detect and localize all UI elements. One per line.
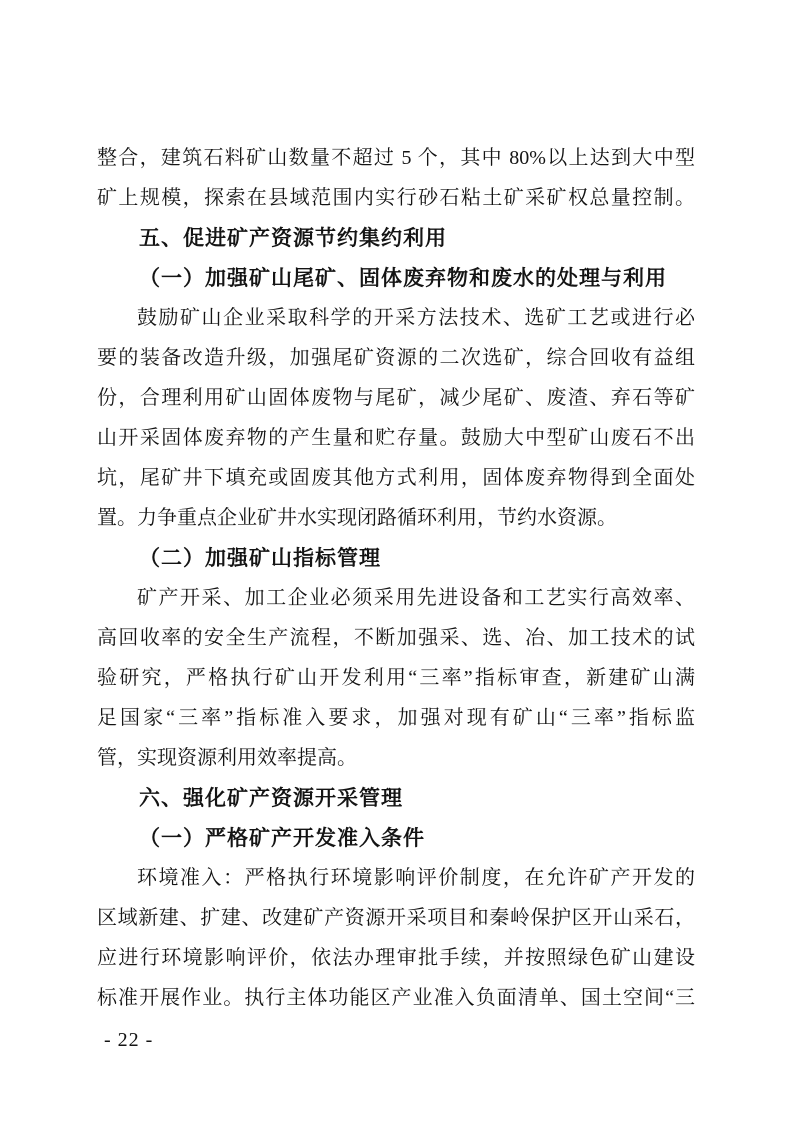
paragraph-line: 管，实现资源利用效率提高。 xyxy=(97,738,695,778)
document-content: 整合，建筑石料矿山数量不超过 5 个，其中 80%以上达到大中型 矿上规模，探索… xyxy=(97,138,695,1018)
paragraph-line: 应进行环境影响评价，依法办理审批手续，并按照绿色矿山建设 xyxy=(97,938,695,978)
document-page: 整合，建筑石料矿山数量不超过 5 个，其中 80%以上达到大中型 矿上规模，探索… xyxy=(0,0,793,1122)
subsection-heading: （一）严格矿产开发准入条件 xyxy=(97,818,695,858)
paragraph-line: 份，合理利用矿山固体废物与尾矿，减少尾矿、废渣、弃石等矿 xyxy=(97,378,695,418)
page-number: - 22 - xyxy=(104,1026,153,1054)
paragraph-line: 矿上规模，探索在县域范围内实行砂石粘土矿采矿权总量控制。 xyxy=(97,178,695,218)
paragraph-line: 整合，建筑石料矿山数量不超过 5 个，其中 80%以上达到大中型 xyxy=(97,138,695,178)
subsection-heading: （一）加强矿山尾矿、固体废弃物和废水的处理与利用 xyxy=(97,258,695,298)
paragraph-line: 矿产开采、加工企业必须采用先进设备和工艺实行高效率、 xyxy=(97,578,695,618)
paragraph-line: 高回收率的安全生产流程，不断加强采、选、冶、加工技术的试 xyxy=(97,618,695,658)
paragraph-line: 要的装备改造升级，加强尾矿资源的二次选矿，综合回收有益组 xyxy=(97,338,695,378)
paragraph-line: 验研究，严格执行矿山开发利用“三率”指标审查，新建矿山满 xyxy=(97,658,695,698)
paragraph-line: 区域新建、扩建、改建矿产资源开采项目和秦岭保护区开山采石， xyxy=(97,898,695,938)
subsection-heading: （二）加强矿山指标管理 xyxy=(97,538,695,578)
paragraph-line: 山开采固体废弃物的产生量和贮存量。鼓励大中型矿山废石不出 xyxy=(97,418,695,458)
section-heading: 六、强化矿产资源开采管理 xyxy=(97,778,695,818)
paragraph-line: 标准开展作业。执行主体功能区产业准入负面清单、国土空间“三 xyxy=(97,978,695,1018)
section-heading: 五、促进矿产资源节约集约利用 xyxy=(97,218,695,258)
paragraph-line: 鼓励矿山企业采取科学的开采方法技术、选矿工艺或进行必 xyxy=(97,298,695,338)
paragraph-line: 环境准入：严格执行环境影响评价制度，在允许矿产开发的 xyxy=(97,858,695,898)
paragraph-line: 坑，尾矿井下填充或固废其他方式利用，固体废弃物得到全面处 xyxy=(97,458,695,498)
paragraph-line: 置。力争重点企业矿井水实现闭路循环利用，节约水资源。 xyxy=(97,498,695,538)
paragraph-line: 足国家“三率”指标准入要求，加强对现有矿山“三率”指标监 xyxy=(97,698,695,738)
